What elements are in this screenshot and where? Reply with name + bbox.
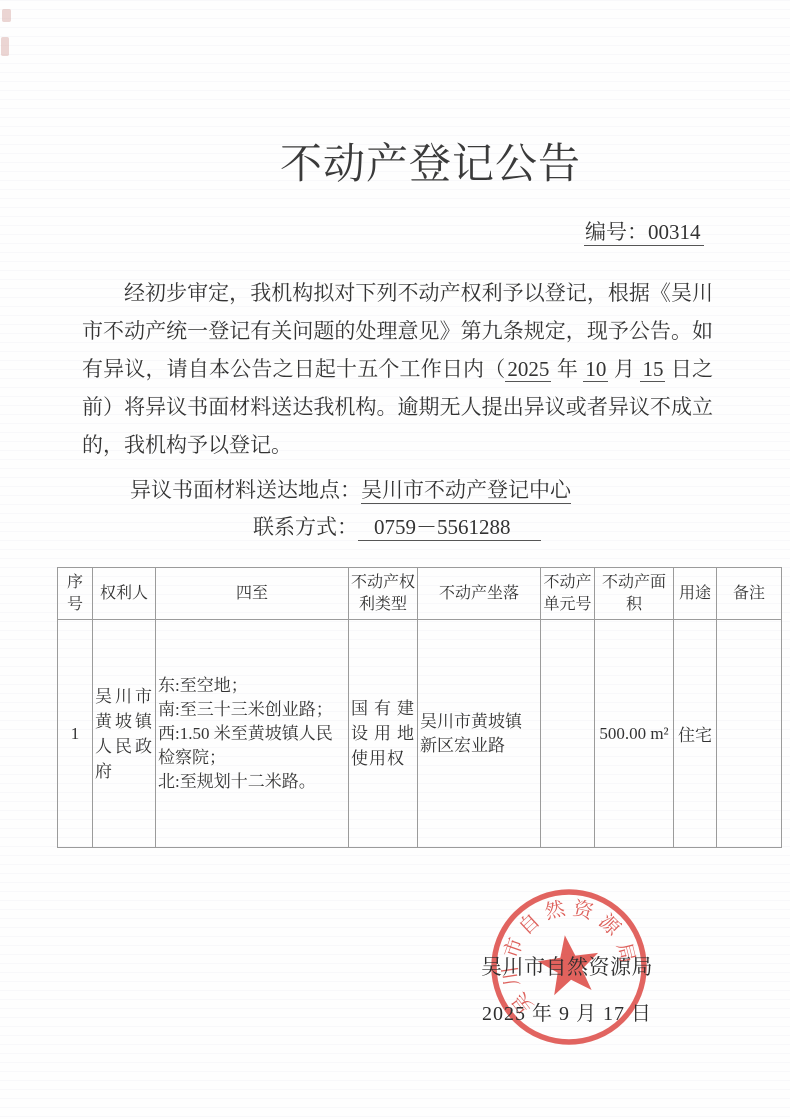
deadline-day: 15 bbox=[640, 357, 665, 382]
boundary-east: 东:至空地； bbox=[158, 674, 346, 698]
cell-unit-no bbox=[541, 620, 595, 848]
deadline-year: 2025 bbox=[505, 357, 551, 382]
deadline-month: 10 bbox=[583, 357, 608, 382]
body-text-3: 月 bbox=[608, 357, 640, 381]
issuing-authority: 吴川市自然资源局 bbox=[481, 951, 653, 981]
cell-remark bbox=[717, 620, 782, 848]
header-boundaries: 四至 bbox=[156, 568, 349, 620]
contact-phone-label: 联系方式： bbox=[253, 515, 358, 539]
announcement-page: 不动产登记公告 编号：00314 经初步审定，我机构拟对下列不动产权利予以登记，… bbox=[0, 0, 790, 1119]
contact-phone-value: 0759－5561288 bbox=[358, 515, 541, 541]
body-text-2: 年 bbox=[551, 357, 583, 381]
cell-holder: 吴川市黄坡镇人民政府 bbox=[93, 620, 156, 848]
contact-phone-line: 联系方式：0759－5561288 bbox=[253, 508, 541, 546]
svg-text:资: 资 bbox=[571, 897, 597, 924]
cell-usage: 住宅 bbox=[674, 620, 717, 848]
table-row: 1 吴川市黄坡镇人民政府 东:至空地； 南:至三十三米创业路； 西:1.50 米… bbox=[58, 620, 782, 848]
header-remark: 备注 bbox=[717, 568, 782, 620]
cell-right-type: 国有建设用地使用权 bbox=[349, 620, 418, 848]
doc-number: 编号：00314 bbox=[584, 216, 704, 246]
delivery-address-line: 异议书面材料送达地点：吴川市不动产登记中心 bbox=[130, 471, 571, 509]
svg-text:然: 然 bbox=[542, 896, 568, 923]
header-holder: 权利人 bbox=[93, 568, 156, 620]
cell-seq: 1 bbox=[58, 620, 93, 848]
cell-area: 500.00 m² bbox=[595, 620, 674, 848]
header-area: 不动产面积 bbox=[595, 568, 674, 620]
registration-table: 序号 权利人 四至 不动产权利类型 不动产坐落 不动产单元号 不动产面积 用途 … bbox=[57, 567, 782, 848]
boundary-west: 西:1.50 米至黄坡镇人民检察院； bbox=[158, 722, 346, 770]
announcement-body: 经初步审定，我机构拟对下列不动产权利予以登记，根据《吴川市不动产统一登记有关问题… bbox=[82, 274, 713, 464]
boundary-north: 北:至规划十二米路。 bbox=[158, 770, 346, 794]
header-unit-no: 不动产单元号 bbox=[541, 568, 595, 620]
delivery-address-value: 吴川市不动产登记中心 bbox=[361, 478, 571, 504]
cell-location: 吴川市黄坡镇新区宏业路 bbox=[418, 620, 541, 848]
table-header-row: 序号 权利人 四至 不动产权利类型 不动产坐落 不动产单元号 不动产面积 用途 … bbox=[58, 568, 782, 620]
header-seq: 序号 bbox=[58, 568, 93, 620]
header-usage: 用途 bbox=[674, 568, 717, 620]
header-right-type: 不动产权利类型 bbox=[349, 568, 418, 620]
scan-artifact-mark bbox=[2, 9, 11, 22]
doc-number-value: 编号：00314 bbox=[584, 220, 704, 246]
delivery-address-label: 异议书面材料送达地点： bbox=[130, 478, 361, 502]
boundary-south: 南:至三十三米创业路； bbox=[158, 698, 346, 722]
scan-artifact-mark bbox=[1, 37, 9, 56]
page-title: 不动产登记公告 bbox=[280, 131, 581, 191]
issue-date: 2025 年 9 月 17 日 bbox=[482, 997, 652, 1026]
cell-boundaries: 东:至空地； 南:至三十三米创业路； 西:1.50 米至黄坡镇人民检察院； 北:… bbox=[156, 620, 349, 848]
header-location: 不动产坐落 bbox=[418, 568, 541, 620]
